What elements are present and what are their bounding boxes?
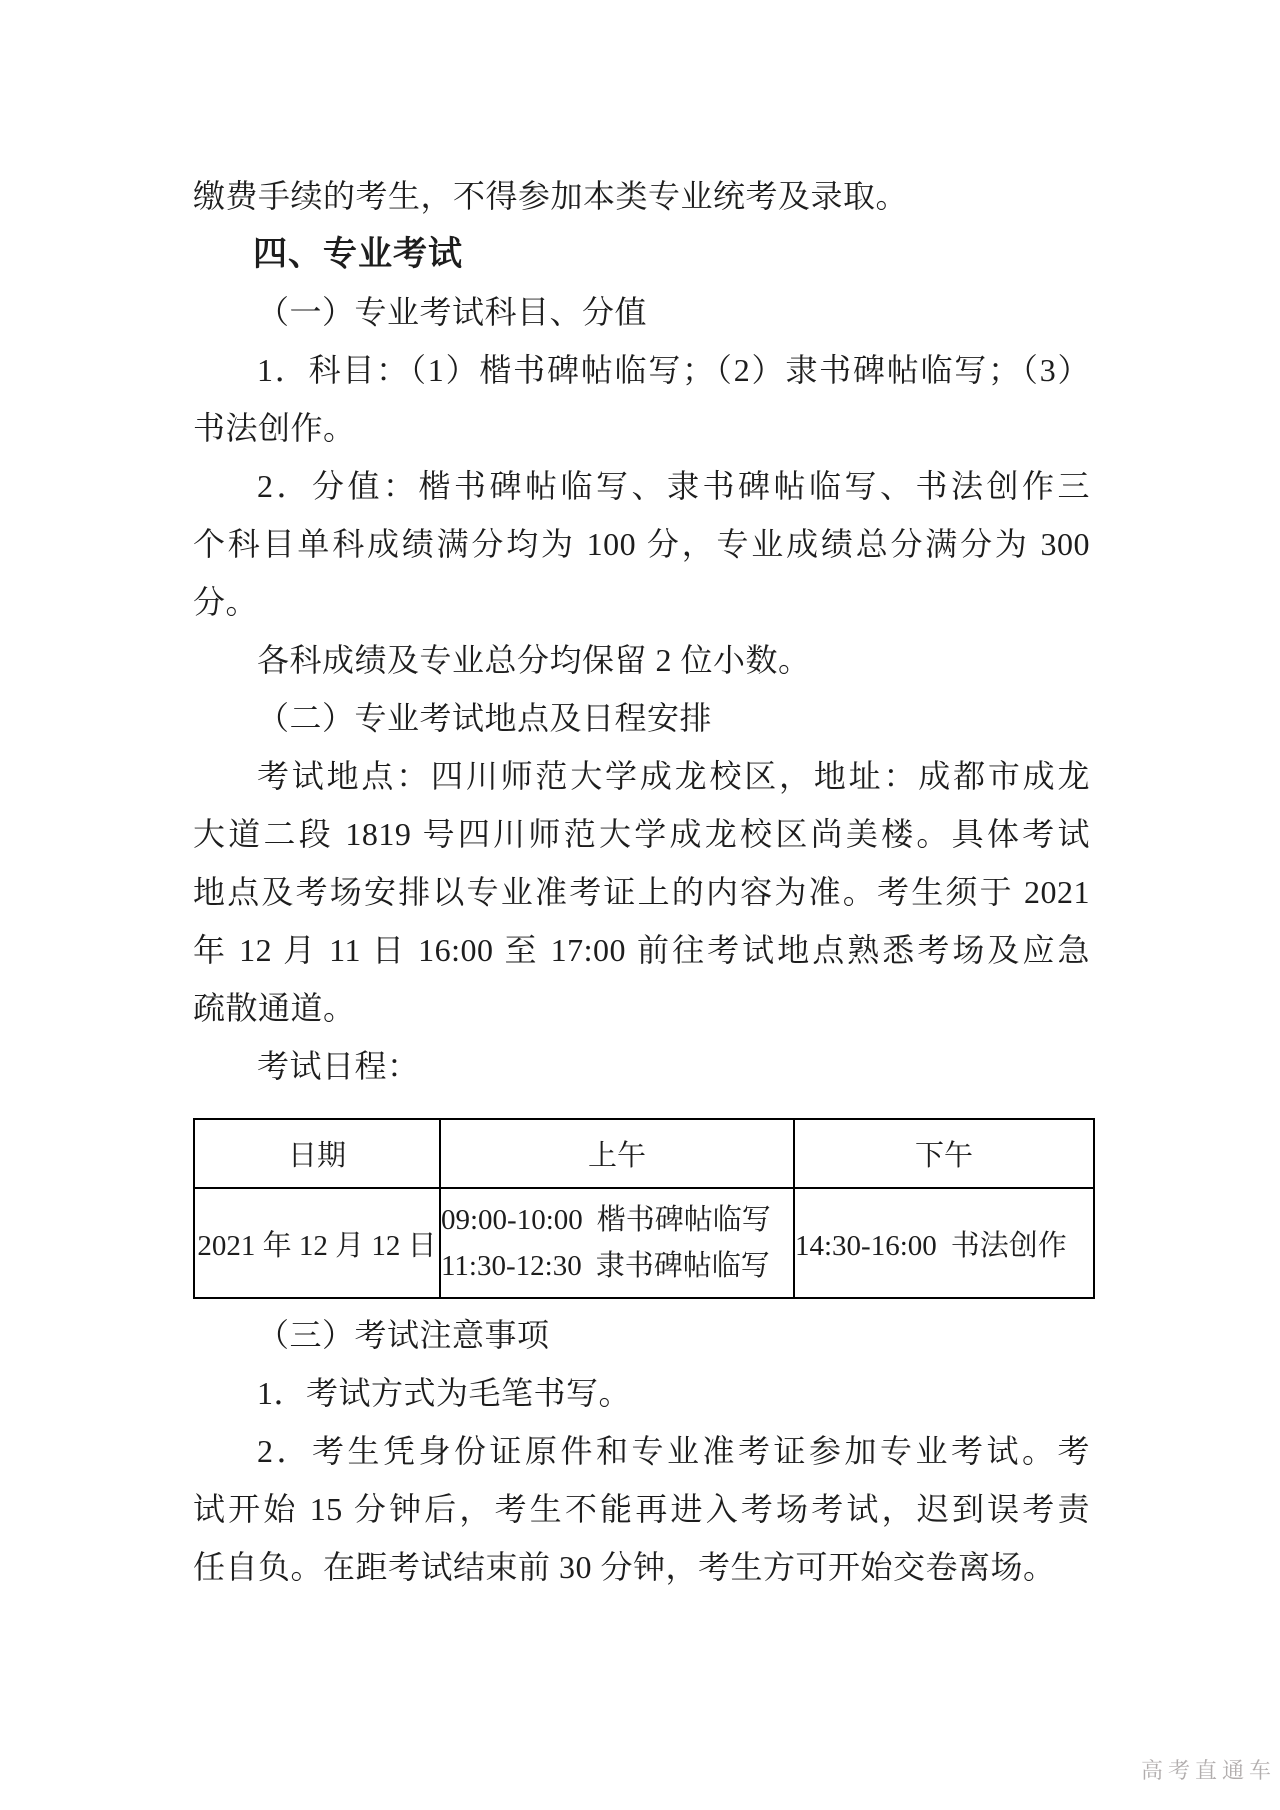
morning-session-2-subject: 隶书碑帖临写 bbox=[596, 1250, 770, 1282]
site-watermark: 高考直通车 bbox=[1141, 1754, 1276, 1785]
schedule-label: 考试日程： bbox=[193, 1037, 1090, 1095]
schedule-header-row: 日期 上午 下午 bbox=[194, 1119, 1094, 1188]
morning-session-2: 11:30-12:30隶书碑帖临写 bbox=[441, 1243, 793, 1289]
text-line: 个科目单科成绩满分均为 100 分，专业成绩总分满分为 300 bbox=[193, 515, 1090, 573]
morning-session-1: 09:00-10:00楷书碑帖临写 bbox=[441, 1197, 793, 1243]
text-line: 1．考试方式为毛笔书写。 bbox=[193, 1364, 1090, 1422]
header-afternoon: 下午 bbox=[794, 1119, 1094, 1188]
text-line: 书法创作。 bbox=[193, 399, 1090, 457]
exam-schedule-table: 日期 上午 下午 2021 年 12 月 12 日 09:00-10:00楷书碑… bbox=[193, 1118, 1095, 1299]
text-line: 地点及考场安排以专业准考证上的内容为准。考生须于 2021 bbox=[193, 863, 1090, 921]
cell-morning-sessions: 09:00-10:00楷书碑帖临写 11:30-12:30隶书碑帖临写 bbox=[440, 1188, 794, 1298]
subsection-heading-3: （三）考试注意事项 bbox=[193, 1306, 1090, 1364]
text-line: 疏散通道。 bbox=[193, 979, 1090, 1037]
header-morning: 上午 bbox=[440, 1119, 794, 1188]
document-page: 缴费手续的考生，不得参加本类专业统考及录取。四、专业考试（一）专业考试科目、分值… bbox=[0, 0, 1280, 1810]
afternoon-session-time: 14:30-16:00 bbox=[795, 1230, 937, 1262]
header-date: 日期 bbox=[194, 1119, 440, 1188]
body-text-lower: （三）考试注意事项1．考试方式为毛笔书写。2．考生凭身份证原件和专业准考证参加专… bbox=[193, 1306, 1090, 1596]
text-line: 各科成绩及专业总分均保留 2 位小数。 bbox=[193, 631, 1090, 689]
morning-session-1-time: 09:00-10:00 bbox=[441, 1204, 583, 1236]
text-line: 任自负。在距考试结束前 30 分钟，考生方可开始交卷离场。 bbox=[193, 1538, 1090, 1596]
morning-session-2-time: 11:30-12:30 bbox=[441, 1250, 582, 1282]
text-line: 考试地点：四川师范大学成龙校区，地址：成都市成龙 bbox=[193, 747, 1090, 805]
text-line: 试开始 15 分钟后，考生不能再进入考场考试，迟到误考责 bbox=[193, 1480, 1090, 1538]
text-line: 年 12 月 11 日 16:00 至 17:00 前往考试地点熟悉考场及应急 bbox=[193, 921, 1090, 979]
text-line: 大道二段 1819 号四川师范大学成龙校区尚美楼。具体考试 bbox=[193, 805, 1090, 863]
text-line: 分。 bbox=[193, 573, 1090, 631]
subsection-heading-2: （二）专业考试地点及日程安排 bbox=[193, 689, 1090, 747]
text-line: 2．考生凭身份证原件和专业准考证参加专业考试。考 bbox=[193, 1422, 1090, 1480]
cell-exam-date: 2021 年 12 月 12 日 bbox=[194, 1188, 440, 1298]
afternoon-session-subject: 书法创作 bbox=[951, 1230, 1067, 1262]
body-text-upper: 缴费手续的考生，不得参加本类专业统考及录取。四、专业考试（一）专业考试科目、分值… bbox=[193, 167, 1090, 1095]
text-line: 缴费手续的考生，不得参加本类专业统考及录取。 bbox=[193, 167, 1090, 225]
cell-afternoon-session: 14:30-16:00书法创作 bbox=[794, 1188, 1094, 1298]
subsection-heading-1: （一）专业考试科目、分值 bbox=[193, 283, 1090, 341]
text-line: 1．科目：（1）楷书碑帖临写；（2）隶书碑帖临写；（3） bbox=[193, 341, 1090, 399]
text-line: 2．分值：楷书碑帖临写、隶书碑帖临写、书法创作三 bbox=[193, 457, 1090, 515]
section-heading: 四、专业考试 bbox=[193, 225, 1090, 283]
schedule-data-row: 2021 年 12 月 12 日 09:00-10:00楷书碑帖临写 11:30… bbox=[194, 1188, 1094, 1298]
morning-session-1-subject: 楷书碑帖临写 bbox=[597, 1204, 771, 1236]
